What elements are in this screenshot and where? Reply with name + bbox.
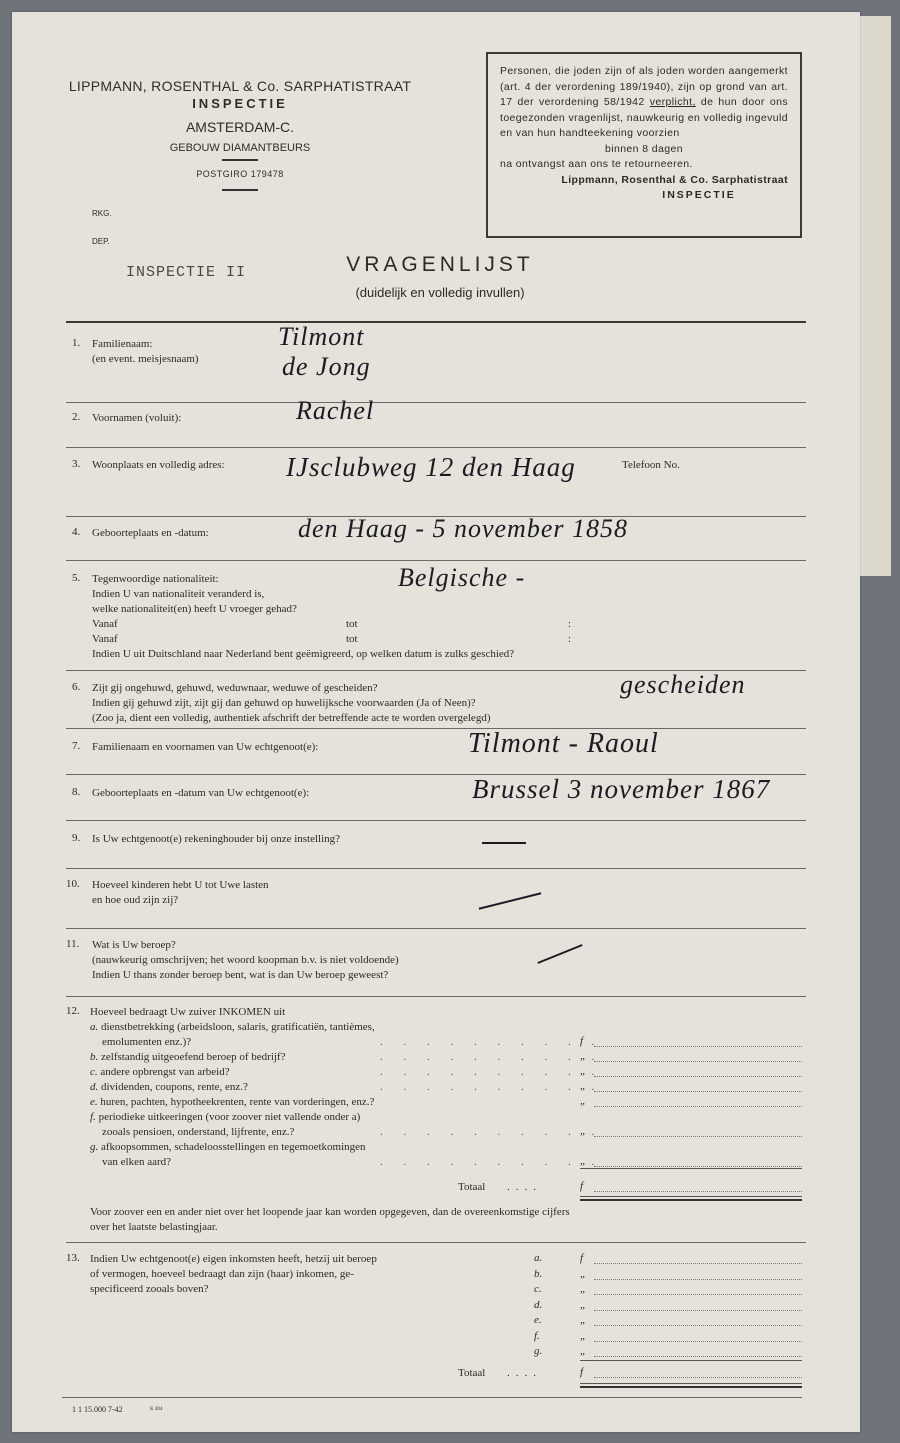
spouse-income-input[interactable] — [594, 1356, 802, 1357]
answer-family-name[interactable]: Tilmont — [278, 322, 364, 352]
spouse-income-input[interactable] — [594, 1341, 802, 1342]
currency-symbol: „ — [580, 1065, 586, 1077]
form-subtitle: (duidelijk en volledig invullen) — [300, 285, 580, 300]
form-title: VRAGENLIJST — [300, 253, 580, 277]
question-6-label: Zijt gij ongehuwd, gehuwd, weduwnaar, we… — [92, 681, 490, 726]
spouse-income-input[interactable] — [594, 1310, 802, 1311]
dep-label: DEP. — [92, 237, 110, 246]
print-code: 1 1 15.000 7-42 — [72, 1405, 123, 1414]
folded-flap — [860, 16, 891, 576]
department: INSPECTIE — [40, 96, 440, 111]
income-amount-input[interactable] — [594, 1166, 802, 1167]
divider — [62, 1397, 802, 1398]
notice-underlined: verplicht, — [650, 96, 696, 108]
spouse-income-letter: d. — [534, 1299, 542, 1311]
leader-dots: . . . . . . . . . . — [380, 1065, 603, 1080]
question-4-label: Geboorteplaats en -datum: — [92, 526, 209, 541]
question-number: 3. — [72, 458, 80, 470]
question-number: 11. — [66, 938, 79, 950]
answer-spouse-name[interactable]: Tilmont - Raoul — [468, 728, 659, 760]
currency-symbol: „ — [580, 1330, 586, 1342]
rkg-label: RKG. — [92, 209, 112, 218]
divider — [66, 402, 806, 403]
colon: : — [568, 632, 571, 647]
question-9-label: Is Uw echtgenoot(e) rekeninghouder bij o… — [92, 832, 340, 847]
total-underline — [580, 1199, 802, 1201]
income-item-label: b. zelfstandig uitgeoefend beroep of bed… — [90, 1050, 285, 1065]
question-number: 2. — [72, 411, 80, 423]
leader-dots: . . . . . . . . . . — [380, 1125, 603, 1140]
answer-address[interactable]: IJsclubweg 12 den Haag — [286, 452, 576, 483]
divider — [66, 996, 806, 997]
question-3-label: Woonplaats en volledig adres: — [92, 458, 225, 473]
answer-maiden-name[interactable]: de Jong — [282, 352, 371, 382]
divider — [66, 321, 806, 323]
spouse-total-input[interactable] — [594, 1377, 802, 1378]
leader-dots: .... — [507, 1180, 542, 1195]
income-amount-input[interactable] — [594, 1046, 802, 1047]
question-11-label: Wat is Uw beroep? (nauwkeurig omschrijve… — [92, 938, 399, 983]
divider — [222, 189, 258, 191]
postgiro: POSTGIRO 179478 — [40, 169, 440, 179]
divider — [66, 820, 806, 821]
currency-symbol: „ — [580, 1283, 586, 1295]
divider — [66, 868, 806, 869]
currency-symbol: „ — [580, 1050, 586, 1062]
income-amount-input[interactable] — [594, 1061, 802, 1062]
subtotal-underline — [580, 1168, 802, 1169]
currency-symbol: f — [580, 1252, 583, 1264]
total-underline — [580, 1383, 802, 1384]
spouse-income-input[interactable] — [594, 1263, 802, 1264]
question-number: 12. — [66, 1005, 80, 1017]
answer-nationality[interactable]: Belgische - — [398, 563, 525, 593]
spouse-income-input[interactable] — [594, 1325, 802, 1326]
question-number: 10. — [66, 878, 80, 890]
income-item-label: a. dienstbetrekking (arbeidsloon, salari… — [90, 1020, 375, 1050]
question-7-label: Familienaam en voornamen van Uw echtgeno… — [92, 740, 318, 755]
answer-birthplace-date[interactable]: den Haag - 5 november 1858 — [298, 514, 628, 544]
question-number: 6. — [72, 681, 80, 693]
currency-symbol: „ — [580, 1080, 586, 1092]
income-amount-input[interactable] — [594, 1106, 802, 1107]
income-item-label: d. dividenden, coupons, rente, enz.? — [90, 1080, 248, 1095]
telephone-label: Telefoon No. — [622, 458, 680, 473]
income-item-label: e. huren, pachten, hypotheekrenten, rent… — [90, 1095, 374, 1110]
spouse-income-letter: c. — [534, 1283, 542, 1295]
notice-box: Personen, die joden zijn of als joden wo… — [486, 52, 802, 238]
divider — [66, 560, 806, 561]
divider — [66, 728, 806, 729]
leader-dots: . . . . . . . . . . — [380, 1035, 603, 1050]
company-name: LIPPMANN, ROSENTHAL & Co. SARPHATISTRAAT — [40, 78, 440, 94]
question-2-label: Voornamen (voluit): — [92, 411, 181, 426]
form-code: K 404 — [150, 1407, 162, 1412]
currency-symbol: „ — [580, 1345, 586, 1357]
question-1-label: Familienaam:(en event. meisjesnaam) — [92, 337, 199, 367]
building: GEBOUW DIAMANTBEURS — [40, 142, 440, 154]
currency-symbol: f — [580, 1180, 583, 1192]
total-label: Totaal — [458, 1180, 485, 1195]
answer-spouse-birth[interactable]: Brussel 3 november 1867 — [472, 774, 770, 805]
currency-symbol: „ — [580, 1155, 586, 1167]
notice-signature-dept: INSPECTIE — [500, 188, 788, 204]
currency-symbol: „ — [580, 1299, 586, 1311]
subtotal-underline — [580, 1360, 802, 1361]
leader-dots: . . . . . . . . . . — [380, 1155, 603, 1170]
divider — [66, 447, 806, 448]
inspectie-stamp: INSPECTIE II — [126, 264, 246, 281]
total-underline — [580, 1196, 802, 1197]
income-amount-input[interactable] — [594, 1091, 802, 1092]
question-10-label: Hoeveel kinderen hebt U tot Uwe lasten e… — [92, 878, 269, 908]
answer-first-names[interactable]: Rachel — [296, 396, 374, 426]
currency-symbol: „ — [580, 1125, 586, 1137]
notice-signature: Lippmann, Rosenthal & Co. Sarphatistraat — [500, 173, 788, 189]
income-item-label: c. andere opbrengst van arbeid? — [90, 1065, 230, 1080]
notice-text: na ontvangst aan ons te retourneeren. — [500, 157, 788, 173]
currency-symbol: „ — [580, 1268, 586, 1280]
answer-dash — [482, 842, 526, 844]
total-underline — [580, 1386, 802, 1388]
question-8-label: Geboorteplaats en -datum van Uw echtgeno… — [92, 786, 309, 801]
tot-label: tot — [346, 617, 358, 632]
income-amount-input[interactable] — [594, 1076, 802, 1077]
spouse-income-letter: b. — [534, 1268, 542, 1280]
question-number: 7. — [72, 740, 80, 752]
currency-symbol: „ — [580, 1314, 586, 1326]
tot-label: tot — [346, 632, 358, 647]
question-number: 5. — [72, 572, 80, 584]
colon: : — [568, 617, 571, 632]
city: AMSTERDAM-C. — [40, 119, 440, 135]
question-number: 9. — [72, 832, 80, 844]
leader-dots: . . . . . . . . . . — [380, 1050, 603, 1065]
question-number: 13. — [66, 1252, 80, 1264]
leader-dots: . . . . . . . . . . — [380, 1080, 603, 1095]
income-item-label: f. periodieke uitkeeringen (voor zoover … — [90, 1110, 360, 1140]
spouse-income-letter: a. — [534, 1252, 542, 1264]
divider — [66, 928, 806, 929]
spouse-income-letter: g. — [534, 1345, 542, 1357]
total-input[interactable] — [594, 1191, 802, 1192]
currency-symbol: f — [580, 1366, 583, 1378]
spouse-income-input[interactable] — [594, 1294, 802, 1295]
divider — [66, 1242, 806, 1243]
spouse-income-letter: f. — [534, 1330, 540, 1342]
currency-symbol: „ — [580, 1095, 586, 1107]
notice-deadline: binnen 8 dagen — [500, 142, 788, 158]
question-12-title: Hoeveel bedraagt Uw zuiver INKOMEN uit — [90, 1005, 285, 1020]
spouse-income-input[interactable] — [594, 1279, 802, 1280]
question-13-label: Indien Uw echtgenoot(e) eigen inkomsten … — [90, 1252, 377, 1297]
leader-dots: .... — [507, 1366, 542, 1381]
income-amount-input[interactable] — [594, 1136, 802, 1137]
income-note: Voor zoover een en ander niet over het l… — [90, 1205, 590, 1235]
question-number: 4. — [72, 526, 80, 538]
income-item-label: g. afkoopsommen, schadeloosstellingen en… — [90, 1140, 366, 1170]
total-label: Totaal — [458, 1366, 485, 1381]
answer-marital-status[interactable]: gescheiden — [620, 670, 746, 700]
divider — [222, 159, 258, 161]
question-number: 8. — [72, 786, 80, 798]
spouse-income-letter: e. — [534, 1314, 542, 1326]
currency-symbol: f — [580, 1035, 583, 1047]
question-number: 1. — [72, 337, 80, 349]
